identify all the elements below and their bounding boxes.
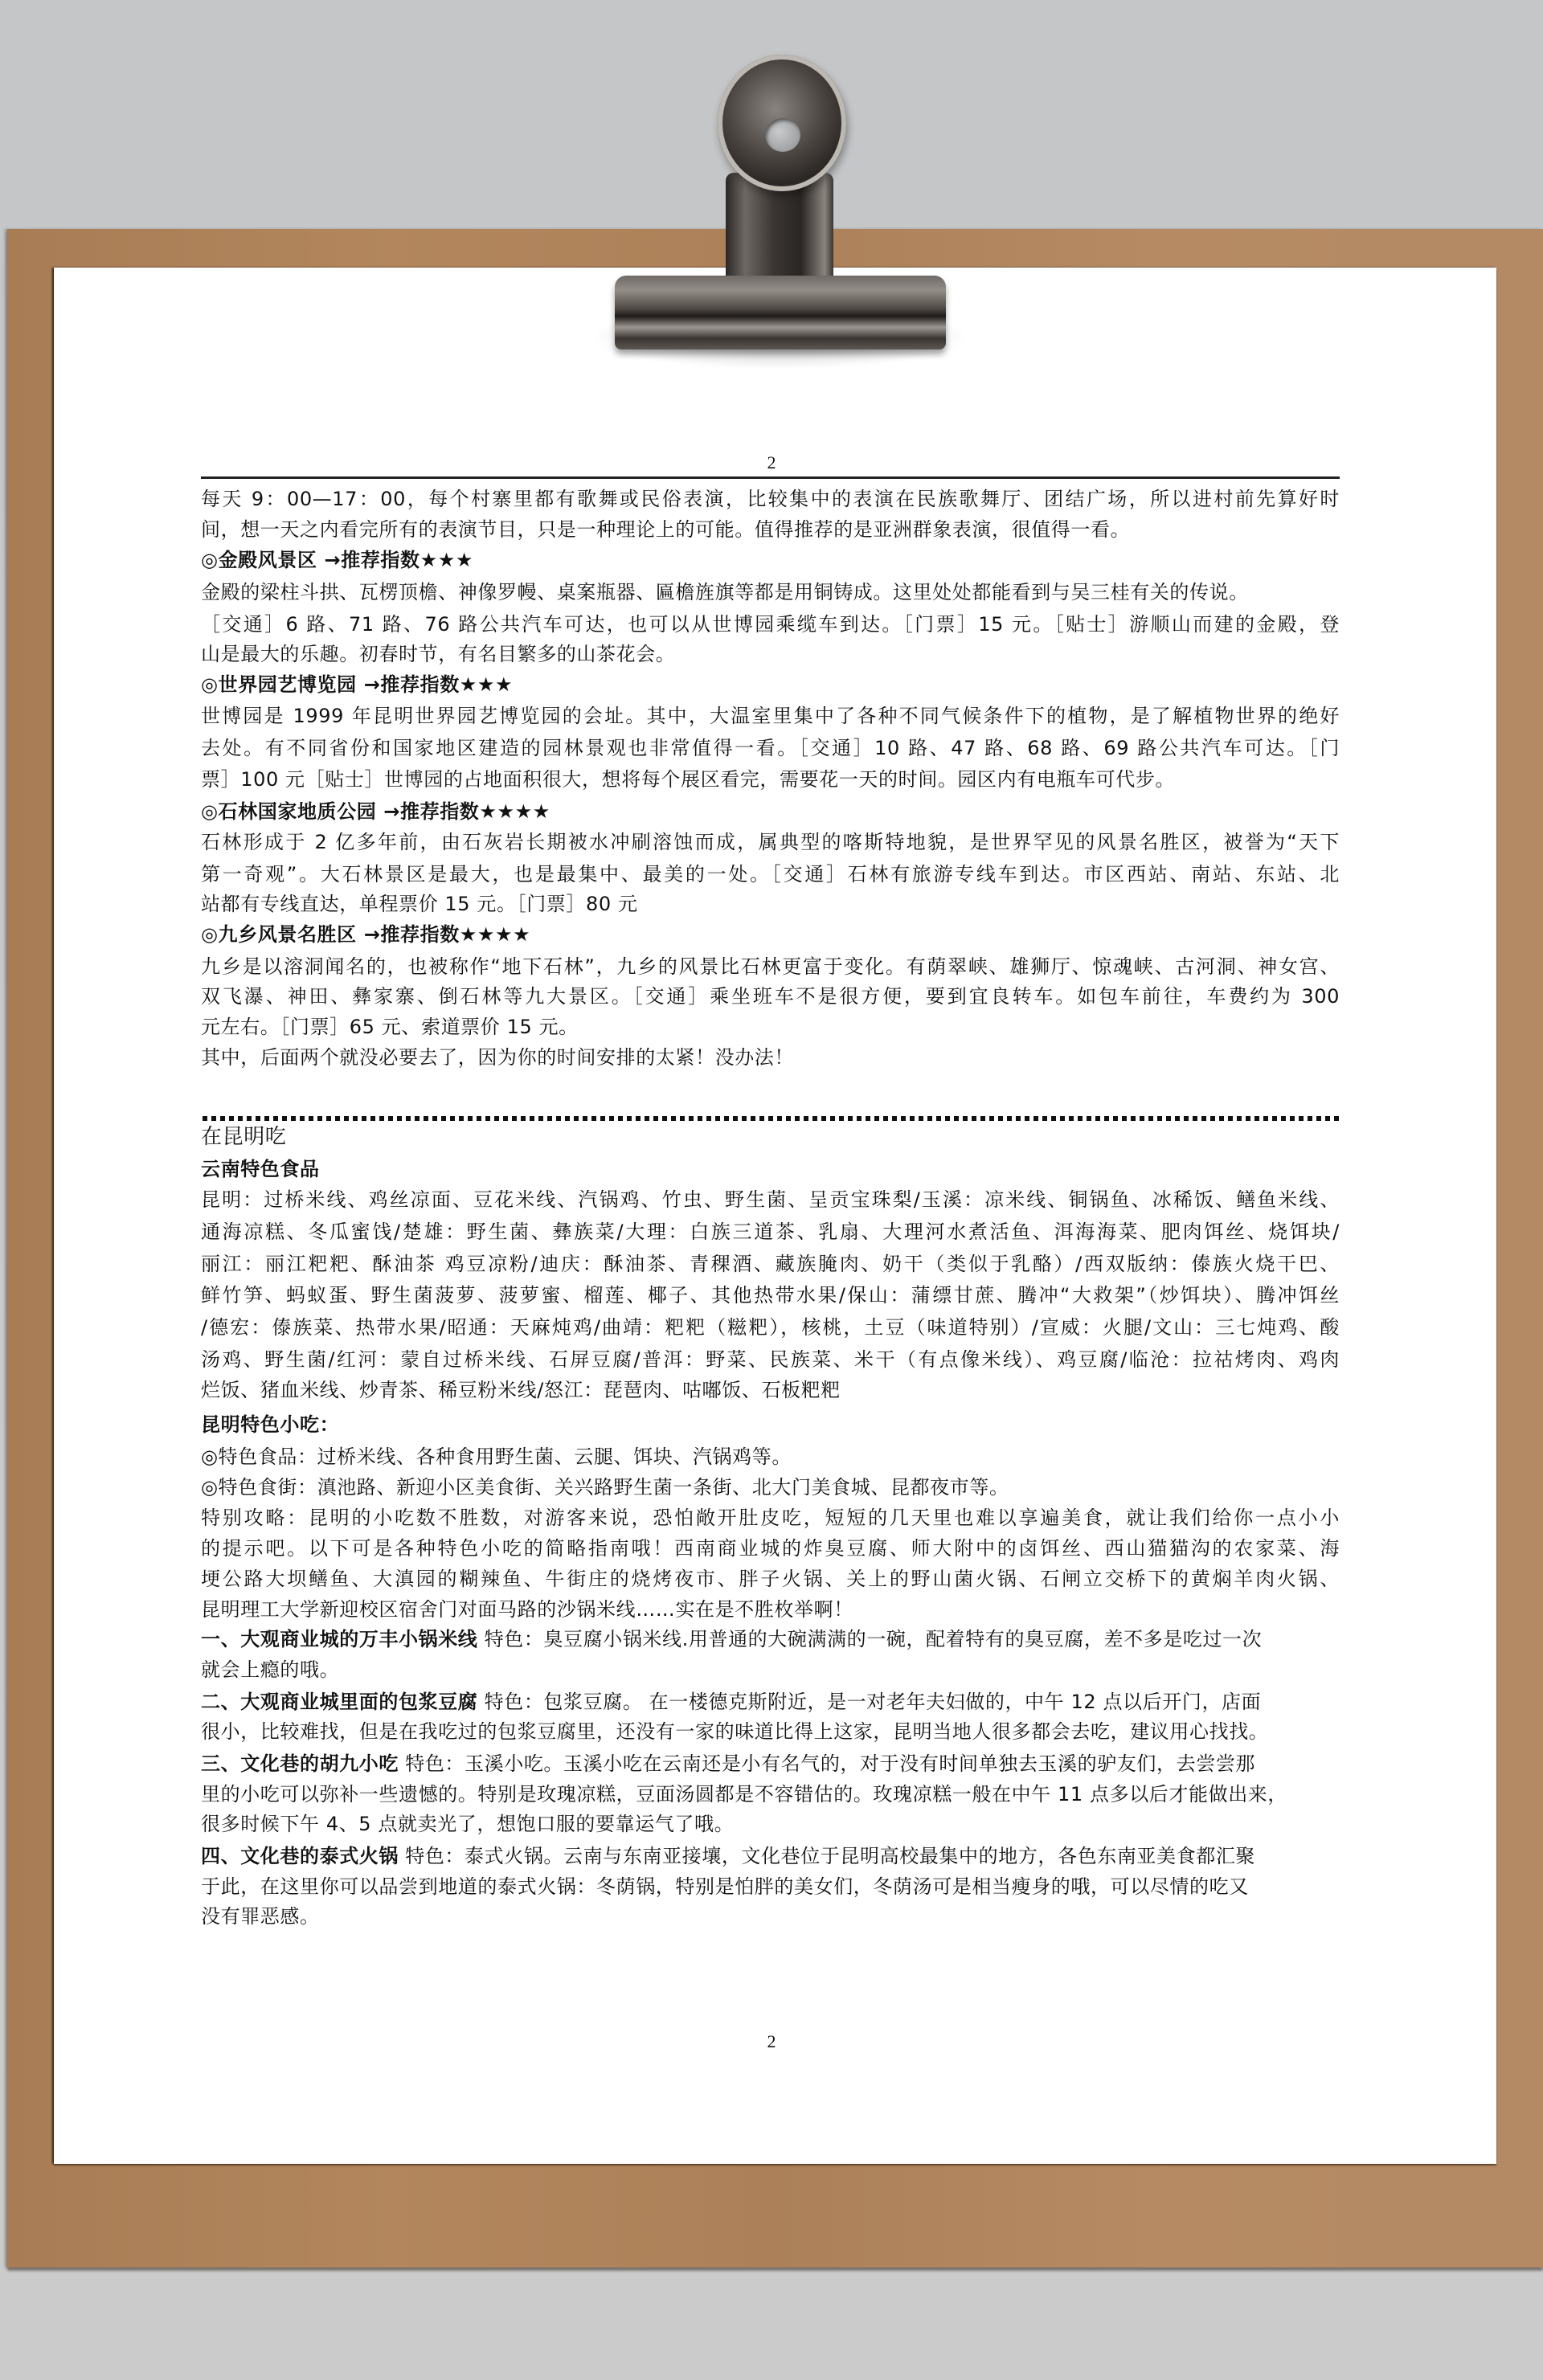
paragraph-line: 昆明：过桥米线、鸡丝凉面、豆花米线、汽锅鸡、竹虫、野生菌、呈贡宝珠梨/玉溪：凉米… bbox=[201, 1188, 1340, 1212]
paragraph-line: 通海凉糕、冬瓜蜜饯/楚雄：野生菌、彝族菜/大理：白族三道茶、乳扇、大理河水煮活鱼… bbox=[201, 1220, 1340, 1244]
header-page-number: 2 bbox=[763, 452, 780, 473]
attraction-heading: ◎世界园艺博览园 →推荐指数★★★ bbox=[201, 673, 1340, 697]
paragraph-line: 的提示吧。以下可是各种特色小吃的简略指南哦！西南商业城的炸臭豆腐、师大附中的卤饵… bbox=[201, 1536, 1340, 1560]
paragraph-line: ［交通］6 路、71 路、76 路公共汽车可达，也可以从世博园乘缆车到达。［门票… bbox=[201, 612, 1340, 636]
paragraph-line: 世博园是 1999 年昆明世界园艺博览园的会址。其中，大温室里集中了各种不同气候… bbox=[201, 704, 1340, 728]
paragraph-line: 丽江：丽江粑粑、酥油茶 鸡豆凉粉/迪庆：酥油茶、青稞酒、藏族腌肉、奶干（类似于乳… bbox=[201, 1252, 1340, 1276]
list-item: ◎特色食街：滇池路、新迎小区美食街、关兴路野生菌一条街、北大门美食城、昆都夜市等… bbox=[201, 1475, 1340, 1499]
recommendation-item: 二、大观商业城里面的包浆豆腐 特色：包浆豆腐。 在一楼德克斯附近，是一对老年夫妇… bbox=[201, 1690, 1340, 1714]
paragraph-line: 第一奇观”。大石林景区是最大，也是最集中、最美的一处。［交通］石林有旅游专线车到… bbox=[201, 862, 1340, 886]
section-title: 在昆明吃 bbox=[201, 1125, 1340, 1149]
paragraph-line: 汤鸡、野生菌/红河：蒙自过桥米线、石屏豆腐/普洱：野菜、民族菜、米干（有点像米线… bbox=[201, 1347, 1340, 1372]
binder-clip-icon bbox=[615, 276, 946, 350]
paragraph-line: 每天 9：00—17：00，每个村寨里都有歌舞或民俗表演，比较集中的表演在民族歌… bbox=[201, 487, 1340, 511]
paragraph-line: 间，想一天之内看完所有的表演节目，只是一种理论上的可能。值得推荐的是亚洲群象表演… bbox=[201, 517, 1340, 542]
paragraph-line: 烂饭、猪血米线、炒青茶、稀豆粉米线/怒江：琵琶肉、咕嘟饭、石板粑粑 bbox=[201, 1378, 1340, 1402]
recommendation-text: 特色：臭豆腐小锅米线.用普通的大碗满满的一碗，配着特有的臭豆腐，差不多是吃过一次 bbox=[477, 1628, 1262, 1650]
subsection-heading: 云南特色食品 bbox=[201, 1157, 1340, 1181]
attraction-heading: ◎金殿风景区 →推荐指数★★★ bbox=[201, 548, 1340, 572]
paragraph-line: 埂公路大坝鳝鱼、大滇园的糊辣鱼、牛街庄的烧烤夜市、胖子火锅、关上的野山菌火锅、石… bbox=[201, 1567, 1340, 1591]
paragraph-line: 双飞瀑、神田、彝家寨、倒石林等九大景区。［交通］乘坐班车不是很方便，要到宜良转车… bbox=[201, 984, 1340, 1008]
recommendation-title: 二、大观商业城里面的包浆豆腐 bbox=[201, 1691, 477, 1713]
paragraph-line: 于此，在这里你可以品尝到地道的泰式火锅：冬荫锅，特别是怕胖的美女们，冬荫汤可是相… bbox=[201, 1875, 1340, 1899]
recommendation-text: 特色：玉溪小吃。玉溪小吃在云南还是小有名气的，对于没有时间单独去玉溪的驴友们，去… bbox=[399, 1752, 1255, 1775]
paragraph-line: 去处。有不同省份和国家地区建造的园林景观也非常值得一看。［交通］10 路、47 … bbox=[201, 736, 1340, 760]
paragraph-line: 石林形成于 2 亿多年前，由石灰岩长期被水冲刷溶蚀而成，属典型的喀斯特地貌，是世… bbox=[201, 830, 1340, 854]
recommendation-item: 一、大观商业城的万丰小锅米线 特色：臭豆腐小锅米线.用普通的大碗满满的一碗，配着… bbox=[201, 1627, 1340, 1651]
attraction-heading: ◎九乡风景名胜区 →推荐指数★★★★ bbox=[201, 922, 1340, 947]
binder-clip-hole bbox=[765, 118, 800, 152]
attraction-heading: ◎石林国家地质公园 →推荐指数★★★★ bbox=[201, 799, 1340, 824]
header-rule bbox=[201, 476, 1340, 479]
paragraph-line: 金殿的梁柱斗拱、瓦楞顶檐、神像罗幔、桌案瓶器、匾檐旌旗等都是用铜铸成。这里处处都… bbox=[201, 580, 1340, 604]
list-item: ◎特色食品：过桥米线、各种食用野生菌、云腿、饵块、汽锅鸡等。 bbox=[201, 1445, 1340, 1469]
paragraph-line: 就会上瘾的哦。 bbox=[201, 1658, 1340, 1682]
paragraph-line: /德宏：傣族菜、热带水果/昭通：天麻炖鸡/曲靖：粑粑（糍粑），核桃，土豆（味道特… bbox=[201, 1315, 1340, 1339]
paragraph-line: 昆明理工大学新迎校区宿舍门对面马路的沙锅米线……实在是不胜枚举啊！ bbox=[201, 1597, 1340, 1621]
paragraph-line: 没有罪恶感。 bbox=[201, 1904, 1340, 1928]
paragraph-line: 山是最大的乐趣。初春时节，有名目繁多的山茶花会。 bbox=[201, 642, 1340, 666]
recommendation-title: 三、文化巷的胡九小吃 bbox=[201, 1752, 399, 1775]
subsection-heading: 昆明特色小吃： bbox=[201, 1413, 1340, 1437]
recommendation-item: 四、文化巷的泰式火锅 特色：泰式火锅。云南与东南亚接壤，文化巷位于昆明高校最集中… bbox=[201, 1844, 1340, 1868]
paragraph-line: 特别攻略：昆明的小吃数不胜数，对游客来说，恐怕敞开肚皮吃，短短的几天里也难以享遍… bbox=[201, 1506, 1340, 1530]
paragraph-line: 票］100 元［贴士］世博园的占地面积很大，想将每个展区看完，需要花一天的时间。… bbox=[201, 767, 1340, 791]
section-divider bbox=[203, 1116, 1340, 1121]
paragraph-line: 鲜竹笋、蚂蚁蛋、野生菌菠萝、菠萝蜜、榴莲、椰子、其他热带水果/保山：蒲缥甘蔗、腾… bbox=[201, 1283, 1340, 1307]
paragraph-line: 很小，比较难找，但是在我吃过的包浆豆腐里，还没有一家的味道比得上这家，昆明当地人… bbox=[201, 1720, 1340, 1744]
recommendation-item: 三、文化巷的胡九小吃 特色：玉溪小吃。玉溪小吃在云南还是小有名气的，对于没有时间… bbox=[201, 1752, 1340, 1776]
paragraph-line: 里的小吃可以弥补一些遗憾的。特别是玫瑰凉糕，豆面汤圆都是不容错估的。玫瑰凉糕一般… bbox=[201, 1782, 1340, 1806]
paragraph-line: 很多时候下午 4、5 点就卖光了，想饱口服的要靠运气了哦。 bbox=[201, 1812, 1340, 1836]
paragraph-line: 九乡是以溶洞闻名的，也被称作“地下石林”，九乡的风景比石林更富于变化。有荫翠峡、… bbox=[201, 955, 1340, 979]
recommendation-title: 四、文化巷的泰式火锅 bbox=[201, 1845, 399, 1867]
recommendation-title: 一、大观商业城的万丰小锅米线 bbox=[201, 1628, 477, 1650]
paragraph-line: 站都有专线直达，单程票价 15 元。［门票］80 元 bbox=[201, 892, 1340, 916]
paragraph-line: 元左右。［门票］65 元、索道票价 15 元。 bbox=[201, 1015, 1340, 1039]
attractions-note: 其中，后面两个就没必要去了，因为你的时间安排的太紧！没办法！ bbox=[201, 1045, 1340, 1069]
recommendation-text: 特色：泰式火锅。云南与东南亚接壤，文化巷位于昆明高校最集中的地方，各色东南亚美食… bbox=[399, 1845, 1255, 1867]
recommendation-text: 特色：包浆豆腐。 在一楼德克斯附近，是一对老年夫妇做的，中午 12 点以后开门，… bbox=[477, 1691, 1261, 1713]
footer-page-number: 2 bbox=[763, 2031, 780, 2052]
